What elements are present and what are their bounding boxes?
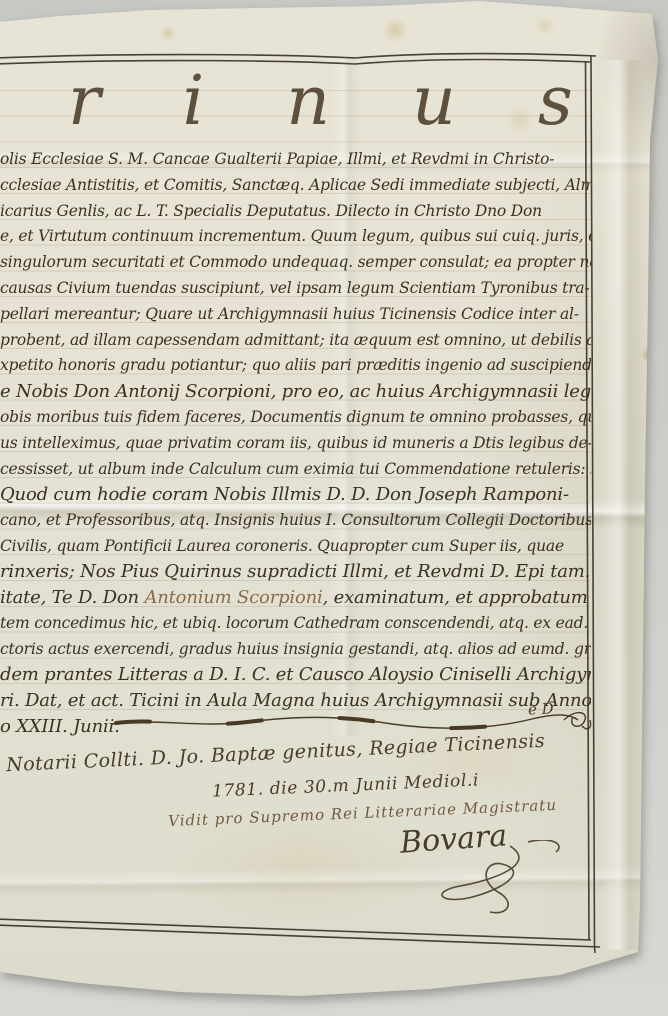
line-prefix: itate, Te D. Don: [0, 587, 144, 608]
body-line: cclesiae Antistitis, et Comitis, Sanctæq…: [0, 176, 591, 194]
body-line: ctoris actus exercendi, gradus huius ins…: [0, 640, 591, 658]
body-line: Quod cum hodie coram Nobis Illmis D. D. …: [0, 484, 569, 505]
body-line: ri. Dat, et act. Ticini in Aula Magna hu…: [0, 690, 591, 711]
body-line: o XXIII. Junii.: [0, 716, 120, 737]
fold-crease: [600, 60, 646, 950]
body-line: obis moribus tuis fidem faceres, Documen…: [0, 408, 591, 426]
body-line: Civilis, quam Pontificii Laurea coroneri…: [0, 537, 564, 555]
body-line: icarius Genlis, ac L. T. Specialis Deput…: [0, 202, 542, 220]
body-line: rinxeris; Nos Pius Quirinus supradicti I…: [0, 561, 590, 582]
body-line: e, et Virtutum continuum incrementum. Qu…: [0, 227, 591, 245]
body-line: us intelleximus, quae privatim coram iis…: [0, 434, 591, 452]
body-line: tem concedimus hic, et ubiq. locorum Cat…: [0, 614, 591, 632]
body-line: causas Civium tuendas suscipiunt, vel ip…: [0, 279, 590, 297]
flourish-end-mark: e D: [528, 699, 555, 718]
signature-bovara: Bovara: [399, 818, 508, 860]
line-suffix: , examinatum, et approbatum ut: [323, 587, 591, 608]
body-line: pellari mereantur; Quare ut Archigymnasi…: [0, 305, 579, 323]
body-line: cessisset, ut album inde Calculum cum ex…: [0, 460, 591, 478]
body-line: olis Ecclesiae S. M. Cancae Gualterii Pa…: [0, 150, 554, 168]
body-line: singulorum securitati et Commodo undequa…: [0, 253, 591, 271]
body-line-scorpioni: itate, Te D. Don Antonium Scorpioni, exa…: [0, 587, 591, 608]
body-line: probent, ad illam capessendam admittant;…: [0, 331, 591, 349]
photo-of-document: rinus olis Ecclesiae S. M. Cancae Gualte…: [0, 0, 668, 1016]
body-text: olis Ecclesiae S. M. Cancae Gualterii Pa…: [0, 0, 591, 1016]
body-line: cano, et Professoribus, atq. Insignis hu…: [0, 511, 591, 529]
parchment-shadow: rinus olis Ecclesiae S. M. Cancae Gualte…: [0, 0, 668, 1016]
parchment-sheet: rinus olis Ecclesiae S. M. Cancae Gualte…: [0, 0, 668, 1016]
body-line: dem prantes Litteras a D. I. C. et Causc…: [0, 664, 591, 685]
body-line: xpetito honoris gradu potiantur; quo ali…: [0, 356, 591, 374]
scorpioni-name-highlight: Antonium Scorpioni: [144, 587, 322, 608]
body-line: e Nobis Don Antonij Scorpioni, pro eo, a…: [0, 381, 591, 402]
